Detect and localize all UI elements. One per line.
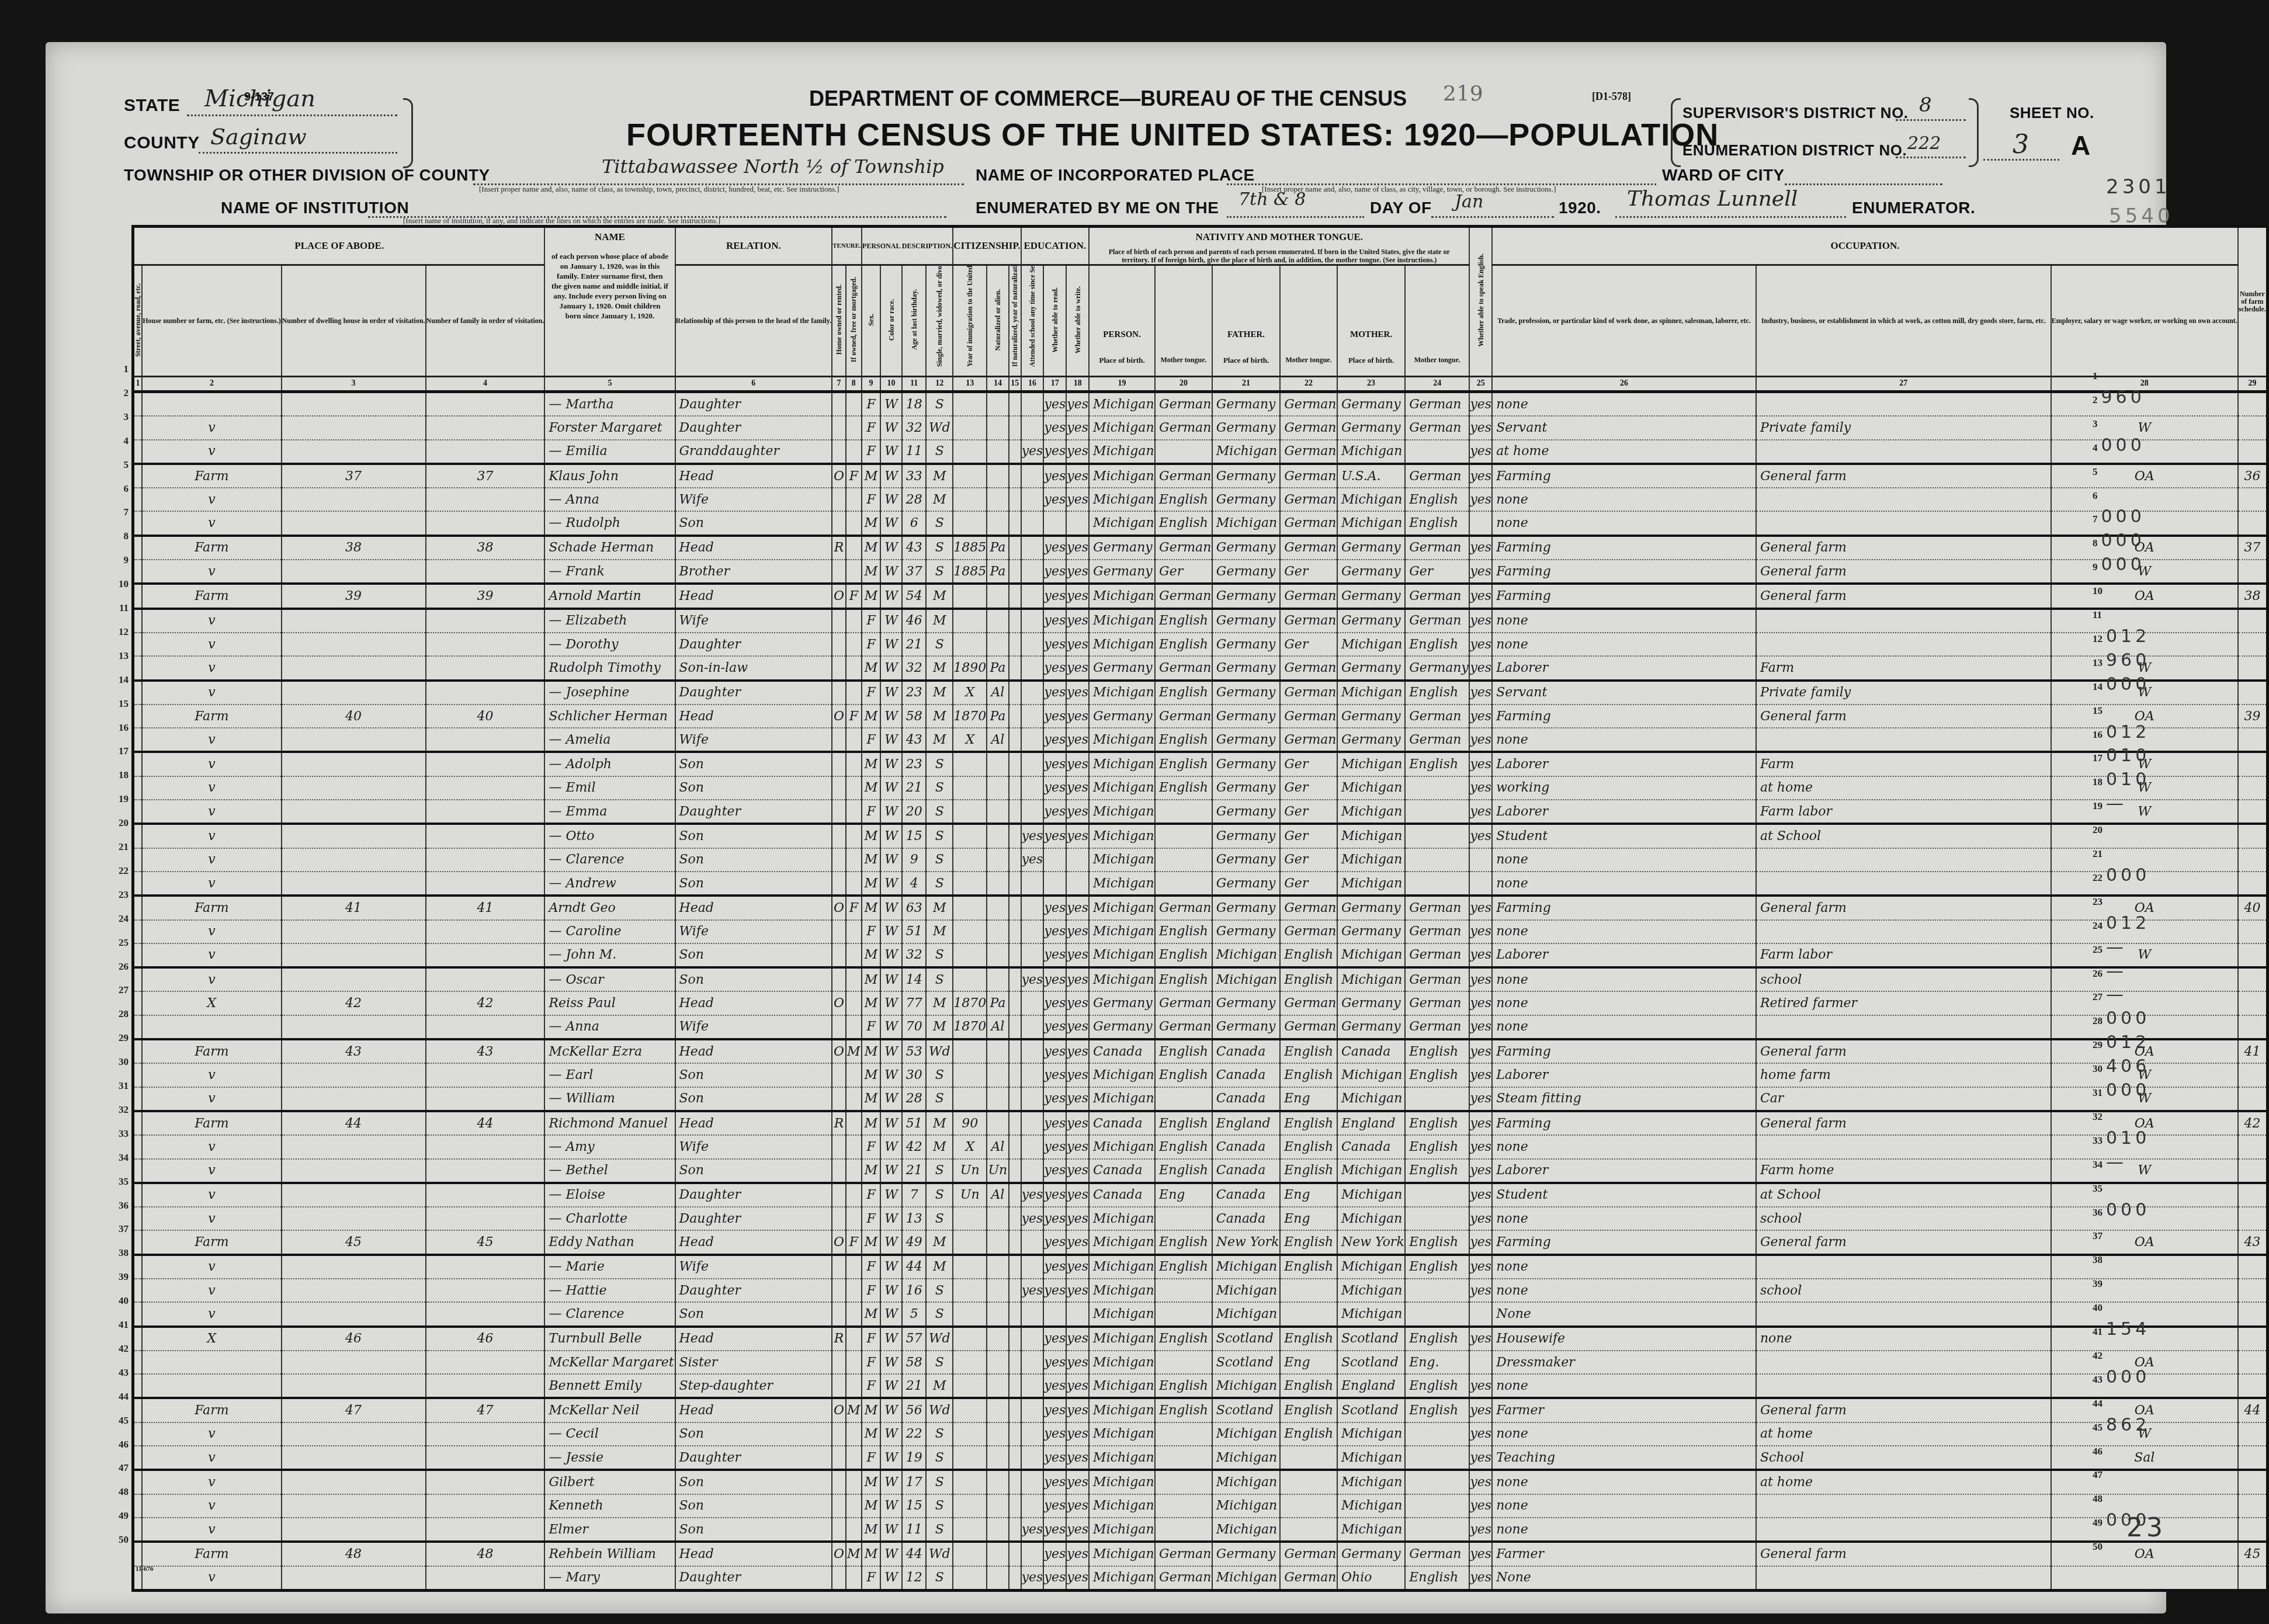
cell-street — [133, 943, 143, 967]
column-number-16: 16 — [1021, 377, 1044, 392]
cell-marital: S — [926, 1279, 953, 1302]
cell-nat — [987, 1566, 1008, 1591]
line-number: 35 — [115, 1176, 129, 1188]
cell-name: Kenneth — [544, 1494, 675, 1518]
cell-marital: M — [926, 584, 953, 608]
cell-immig — [953, 848, 987, 872]
col-person-birthplace: PERSON. Place of birth. — [1089, 265, 1155, 377]
table-row: v— AmyWifeFW42MXAlyesyesMichiganEnglishC… — [133, 1135, 2268, 1158]
col-person-tongue: Mother tongue. — [1155, 265, 1212, 377]
cell-sex: M — [862, 752, 880, 776]
cell-emp: OA — [2051, 464, 2238, 488]
cell-farm — [2238, 1255, 2268, 1279]
cell-eng: yes — [1469, 776, 1492, 800]
group-tenure: TENURE. — [832, 227, 862, 265]
line-number-right: 34— — [2093, 1152, 2127, 1172]
cell-fpob: Michigan — [1212, 1255, 1280, 1279]
cell-race: W — [880, 896, 902, 919]
table-row: Bennett EmilyStep-daughterFW21MyesyesMic… — [133, 1374, 2268, 1398]
cell-name: Klaus John — [544, 464, 675, 488]
column-number-8: 8 — [846, 377, 862, 392]
cell-family — [426, 681, 545, 705]
cell-fmt: German — [1280, 681, 1337, 705]
cell-occ: Farmer — [1492, 1398, 1756, 1422]
col-speak-english: Whether able to speak English. — [1469, 227, 1492, 377]
cell-mpob: Canada — [1337, 1135, 1405, 1158]
cell-age: 54 — [902, 584, 926, 608]
line-number-label: 30 — [2093, 1063, 2103, 1074]
cell-pob: Michigan — [1089, 1374, 1155, 1398]
cell-dwelling — [282, 824, 426, 848]
cell-dwelling — [282, 1015, 426, 1039]
cell-occ: Farmer — [1492, 1542, 1756, 1566]
cell-immig — [953, 511, 987, 535]
cell-family — [426, 728, 545, 752]
cell-sex: F — [862, 440, 880, 464]
line-number-label: 50 — [2093, 1541, 2103, 1552]
cell-eng: yes — [1469, 1183, 1492, 1207]
cell-mmt: English — [1405, 1255, 1469, 1279]
cell-age: 17 — [902, 1470, 926, 1494]
cell-pob: Michigan — [1089, 1446, 1155, 1470]
cell-immig — [953, 1566, 987, 1591]
cell-immig — [953, 800, 987, 824]
cell-sex: F — [862, 728, 880, 752]
cell-age: 58 — [902, 705, 926, 728]
line-number-right: 19— — [2093, 793, 2127, 814]
cell-name: Reiss Paul — [544, 991, 675, 1015]
cell-mpob: Germany — [1337, 392, 1405, 417]
cell-school — [1021, 943, 1044, 967]
cell-write: yes — [1066, 1255, 1089, 1279]
cell-mort — [846, 800, 862, 824]
day-of-label: DAY OF — [1370, 199, 1432, 217]
cell-farm: 43 — [2238, 1230, 2268, 1254]
sheet-side: A — [2071, 130, 2091, 161]
cell-read: yes — [1043, 1087, 1066, 1111]
cell-relation: Son-in-law — [675, 656, 832, 680]
cell-relation: Sister — [675, 1351, 832, 1374]
cell-nat — [987, 800, 1008, 824]
cell-race: W — [880, 1566, 902, 1591]
cell-street — [133, 728, 143, 752]
cell-school — [1021, 560, 1044, 584]
line-number-right: 48 — [2093, 1486, 2106, 1507]
line-number: 25 — [115, 937, 129, 949]
cell-relation: Daughter — [675, 392, 832, 417]
cell-mort — [846, 1494, 862, 1518]
cell-home — [832, 872, 846, 896]
cell-street — [133, 1279, 143, 1302]
cell-family — [426, 1135, 545, 1158]
cell-marital: S — [926, 560, 953, 584]
year-label: 1920. — [1559, 199, 1601, 217]
cell-race: W — [880, 991, 902, 1015]
cell-dwelling — [282, 1446, 426, 1470]
cell-mt: English — [1155, 609, 1212, 633]
cell-mt — [1155, 824, 1212, 848]
cell-pob: Michigan — [1089, 1398, 1155, 1422]
cell-fpob: New York — [1212, 1230, 1280, 1254]
cell-nat — [987, 1422, 1008, 1446]
cell-natyr — [1009, 728, 1021, 752]
table-row: — AnnaWifeFW70M1870AlyesyesGermanyGerman… — [133, 1015, 2268, 1039]
cell-name: Gilbert — [544, 1470, 675, 1494]
cell-fpob: Germany — [1212, 800, 1280, 824]
cell-house: Farm — [142, 1111, 282, 1135]
cell-fmt: Ger — [1280, 872, 1337, 896]
cell-house: Farm — [142, 584, 282, 608]
occupation-code: 000 — [2106, 1008, 2150, 1029]
cell-mt: German — [1155, 392, 1212, 417]
cell-house — [142, 1351, 282, 1374]
cell-mt: English — [1155, 1398, 1212, 1422]
name-heading: NAME — [545, 231, 674, 243]
cell-school — [1021, 728, 1044, 752]
cell-house: v — [142, 800, 282, 824]
cell-ind: General farm — [1756, 560, 2051, 584]
cell-house: v — [142, 1422, 282, 1446]
cell-mt: English — [1155, 1159, 1212, 1183]
cell-eng: yes — [1469, 488, 1492, 511]
cell-mpob: Michigan — [1337, 633, 1405, 656]
cell-relation: Wife — [675, 728, 832, 752]
cell-family: 43 — [426, 1039, 545, 1063]
cell-ind — [1756, 1255, 2051, 1279]
incorporated-place-field — [1227, 162, 1656, 185]
cell-nat — [987, 872, 1008, 896]
cell-street — [133, 1374, 143, 1398]
cell-race: W — [880, 488, 902, 511]
group-occupation: OCCUPATION. — [1492, 227, 2238, 265]
cell-name: — Jessie — [544, 1446, 675, 1470]
cell-natyr — [1009, 1518, 1021, 1542]
cell-write: yes — [1066, 1015, 1089, 1039]
cell-farm — [2238, 1470, 2268, 1494]
cell-name: — Otto — [544, 824, 675, 848]
cell-mmt: Ger — [1405, 560, 1469, 584]
cell-sex: M — [862, 872, 880, 896]
table-row: Farm4141Arndt GeoHeadOFMW63MyesyesMichig… — [133, 896, 2268, 919]
cell-street — [133, 416, 143, 439]
cell-age: 28 — [902, 1087, 926, 1111]
cell-occ: Dressmaker — [1492, 1351, 1756, 1374]
cell-street — [133, 800, 143, 824]
column-label-row: Street, avenue, road, etc. House number … — [133, 265, 2268, 377]
cell-fmt: German — [1280, 464, 1337, 488]
cell-write: yes — [1066, 488, 1089, 511]
group-citizenship: CITIZENSHIP. — [953, 227, 1021, 265]
cell-relation: Wife — [675, 1255, 832, 1279]
cell-age: 32 — [902, 416, 926, 439]
cell-farm — [2238, 1183, 2268, 1207]
line-number-right: 36000 — [2093, 1200, 2150, 1220]
cell-occ: Farming — [1492, 1039, 1756, 1063]
cell-dwelling: 37 — [282, 464, 426, 488]
cell-race: W — [880, 848, 902, 872]
cell-write: yes — [1066, 440, 1089, 464]
cell-farm — [2238, 1135, 2268, 1158]
cell-write: yes — [1066, 1111, 1089, 1135]
cell-fmt — [1280, 1302, 1337, 1326]
supervisor-district-field: 8 — [1896, 98, 1966, 121]
cell-house: v — [142, 967, 282, 991]
group-name: NAME of each person whose place of abode… — [544, 227, 675, 377]
cell-natyr — [1009, 416, 1021, 439]
cell-race: W — [880, 416, 902, 439]
cell-fmt: German — [1280, 656, 1337, 680]
cell-mpob: Michigan — [1337, 1422, 1405, 1446]
cell-school — [1021, 752, 1044, 776]
cell-mmt — [1405, 1207, 1469, 1230]
cell-mt: German — [1155, 705, 1212, 728]
cell-mpob: Scotland — [1337, 1398, 1405, 1422]
cell-dwelling — [282, 1422, 426, 1446]
cell-street — [133, 920, 143, 943]
cell-fpob: Germany — [1212, 1542, 1280, 1566]
cell-family — [426, 776, 545, 800]
cell-school — [1021, 1015, 1044, 1039]
cell-school — [1021, 705, 1044, 728]
line-number-right: 28000 — [2093, 1008, 2150, 1029]
line-number-right: 38 — [2093, 1247, 2106, 1268]
cell-street — [133, 896, 143, 919]
cell-read — [1043, 848, 1066, 872]
cell-school — [1021, 920, 1044, 943]
cell-street — [133, 464, 143, 488]
line-number-label: 19 — [2093, 800, 2103, 811]
institution-field — [368, 195, 946, 218]
cell-natyr — [1009, 1470, 1021, 1494]
line-number-label: 40 — [2093, 1302, 2103, 1313]
cell-fpob: Scotland — [1212, 1398, 1280, 1422]
cell-mt: English — [1155, 633, 1212, 656]
cell-mmt: English — [1405, 1398, 1469, 1422]
cell-farm — [2238, 1279, 2268, 1302]
cell-immig — [953, 896, 987, 919]
line-number: 16 — [115, 722, 129, 734]
cell-ind: General farm — [1756, 464, 2051, 488]
cell-write: yes — [1066, 752, 1089, 776]
cell-fpob: Scotland — [1212, 1327, 1280, 1351]
line-number: 24 — [115, 913, 129, 925]
cell-mt: German — [1155, 1015, 1212, 1039]
cell-farm — [2238, 1015, 2268, 1039]
cell-mt: German — [1155, 896, 1212, 919]
column-number-13: 13 — [953, 377, 987, 392]
cell-read: yes — [1043, 464, 1066, 488]
cell-mt — [1155, 1494, 1212, 1518]
cell-school — [1021, 656, 1044, 680]
col-marital: Single, married, widowed, or divorced. — [926, 265, 953, 377]
cell-school — [1021, 991, 1044, 1015]
column-number-19: 19 — [1089, 377, 1155, 392]
line-number-right: 30406 — [2093, 1056, 2150, 1077]
col-age: Age at last birthday. — [902, 265, 926, 377]
cell-sex: F — [862, 1279, 880, 1302]
cell-occ: none — [1492, 1015, 1756, 1039]
cell-mt: English — [1155, 1135, 1212, 1158]
cell-immig — [953, 1398, 987, 1422]
cell-home — [832, 681, 846, 705]
cell-eng: yes — [1469, 943, 1492, 967]
cell-family — [426, 967, 545, 991]
cell-marital: M — [926, 1255, 953, 1279]
line-number-label: 6 — [2093, 490, 2098, 501]
cell-mmt: English — [1405, 1230, 1469, 1254]
cell-family — [426, 1159, 545, 1183]
cell-fpob: Germany — [1212, 536, 1280, 560]
occupation-code: — — [2106, 793, 2127, 814]
naturalization-year-label: If naturalized, year of naturalization. — [1011, 273, 1018, 367]
cell-home: O — [832, 1039, 846, 1063]
line-number-label: 23 — [2093, 896, 2103, 907]
sheet-label: SHEET NO. — [2010, 104, 2094, 122]
cell-ind: General farm — [1756, 896, 2051, 919]
cell-mpob: Michigan — [1337, 824, 1405, 848]
supervisor-district-label: SUPERVISOR'S DISTRICT NO. — [1682, 104, 1909, 122]
cell-mt: Ger — [1155, 560, 1212, 584]
cell-house: v — [142, 656, 282, 680]
cell-sex: M — [862, 896, 880, 919]
cell-street — [133, 872, 143, 896]
cell-natyr — [1009, 705, 1021, 728]
cell-occ: Laborer — [1492, 656, 1756, 680]
col-write: Whether able to write. — [1066, 265, 1089, 377]
cell-fpob: Germany — [1212, 848, 1280, 872]
cell-immig — [953, 824, 987, 848]
cell-read: yes — [1043, 1446, 1066, 1470]
cell-house: Farm — [142, 896, 282, 919]
cell-farm — [2238, 1422, 2268, 1446]
occupation-code: 406 — [2106, 1056, 2150, 1077]
cell-house: v — [142, 488, 282, 511]
cell-mort — [846, 416, 862, 439]
line-number: 14 — [115, 674, 129, 686]
cell-eng: yes — [1469, 1327, 1492, 1351]
cell-eng: yes — [1469, 1422, 1492, 1446]
cell-marital: S — [926, 752, 953, 776]
cell-occ: none — [1492, 1422, 1756, 1446]
cell-mpob: Michigan — [1337, 1494, 1405, 1518]
line-number-label: 7 — [2093, 513, 2098, 525]
cell-fmt: English — [1280, 967, 1337, 991]
cell-street — [133, 1302, 143, 1326]
cell-immig: 1870 — [953, 705, 987, 728]
cell-mt: English — [1155, 488, 1212, 511]
cell-mt: German — [1155, 584, 1212, 608]
cell-school — [1021, 464, 1044, 488]
cell-mpob: Michigan — [1337, 1159, 1405, 1183]
cell-pob: Michigan — [1089, 896, 1155, 919]
table-row: v— EarlSonMW30SyesyesMichiganEnglishCana… — [133, 1063, 2268, 1087]
institution-note: [Insert name of institution, if any, and… — [403, 216, 720, 225]
mother-birthplace-label: Place of birth. — [1338, 356, 1404, 364]
cell-mort — [846, 1207, 862, 1230]
cell-occ: at home — [1492, 440, 1756, 464]
cell-occ: none — [1492, 1494, 1756, 1518]
line-number-right: 16012 — [2093, 722, 2150, 742]
cell-mt — [1155, 1279, 1212, 1302]
cell-fmt: English — [1280, 1255, 1337, 1279]
naturalized-label: Naturalized or alien. — [994, 289, 1001, 351]
cell-age: 37 — [902, 560, 926, 584]
ward-field — [1785, 162, 1942, 185]
footer-code: 11-676 — [136, 1566, 154, 1573]
cell-write: yes — [1066, 776, 1089, 800]
cell-mpob: Canada — [1337, 1039, 1405, 1063]
cell-age: 21 — [902, 633, 926, 656]
cell-mt — [1155, 848, 1212, 872]
occupation-code: 000 — [2106, 1080, 2150, 1101]
col-employer: Employer, salary or wage worker, or work… — [2051, 265, 2238, 377]
cell-ind — [1756, 1302, 2051, 1326]
cell-family — [426, 752, 545, 776]
cell-pob: Michigan — [1089, 1087, 1155, 1111]
marital-label: Single, married, widowed, or divorced. — [936, 273, 943, 367]
cell-read — [1043, 872, 1066, 896]
cell-occ: Teaching — [1492, 1446, 1756, 1470]
cell-natyr — [1009, 991, 1021, 1015]
line-number: 34 — [115, 1152, 129, 1164]
township-value: Tittabawassee North ½ of Township — [602, 155, 944, 178]
cell-fpob: Germany — [1212, 656, 1280, 680]
line-number-right: 14000 — [2093, 674, 2150, 695]
cell-mpob: Germany — [1337, 1015, 1405, 1039]
cell-dwelling — [282, 392, 426, 417]
cell-mt — [1155, 1446, 1212, 1470]
cell-mpob: Germany — [1337, 536, 1405, 560]
cell-street — [133, 1470, 143, 1494]
line-number-right: 27— — [2093, 984, 2127, 1005]
cell-read: yes — [1043, 1398, 1066, 1422]
cell-age: 12 — [902, 1566, 926, 1591]
cell-pob: Michigan — [1089, 609, 1155, 633]
cell-mort — [846, 633, 862, 656]
cell-mpob: Michigan — [1337, 681, 1405, 705]
cell-home — [832, 1135, 846, 1158]
cell-home — [832, 824, 846, 848]
cell-school — [1021, 872, 1044, 896]
cell-mmt — [1405, 1183, 1469, 1207]
cell-relation: Son — [675, 1494, 832, 1518]
table-row: v— OscarSonMW14SyesyesyesMichiganEnglish… — [133, 967, 2268, 991]
line-number-label: 35 — [2093, 1183, 2103, 1194]
cell-name: — Emma — [544, 800, 675, 824]
table-row: vElmerSonMW11SyesyesyesMichiganMichiganM… — [133, 1518, 2268, 1542]
col-naturalized: Naturalized or alien. — [987, 265, 1008, 377]
line-number-right: 22000 — [2093, 865, 2150, 886]
cell-write: yes — [1066, 1159, 1089, 1183]
cell-nat — [987, 1398, 1008, 1422]
nativity-instructions: Place of birth of each person and parent… — [1107, 248, 1451, 264]
cell-relation: Son — [675, 776, 832, 800]
cell-street — [133, 584, 143, 608]
cell-family — [426, 416, 545, 439]
cell-read: yes — [1043, 1566, 1066, 1591]
cell-mort — [846, 1015, 862, 1039]
cell-race: W — [880, 872, 902, 896]
cell-farm: 41 — [2238, 1039, 2268, 1063]
cell-sex: F — [862, 609, 880, 633]
cell-marital: M — [926, 1111, 953, 1135]
cell-occ: Servant — [1492, 681, 1756, 705]
cell-family — [426, 800, 545, 824]
table-row: v— MarieWifeFW44MyesyesMichiganEnglishMi… — [133, 1255, 2268, 1279]
cell-immig — [953, 392, 987, 417]
cell-fpob: Germany — [1212, 991, 1280, 1015]
cell-family: 48 — [426, 1542, 545, 1566]
